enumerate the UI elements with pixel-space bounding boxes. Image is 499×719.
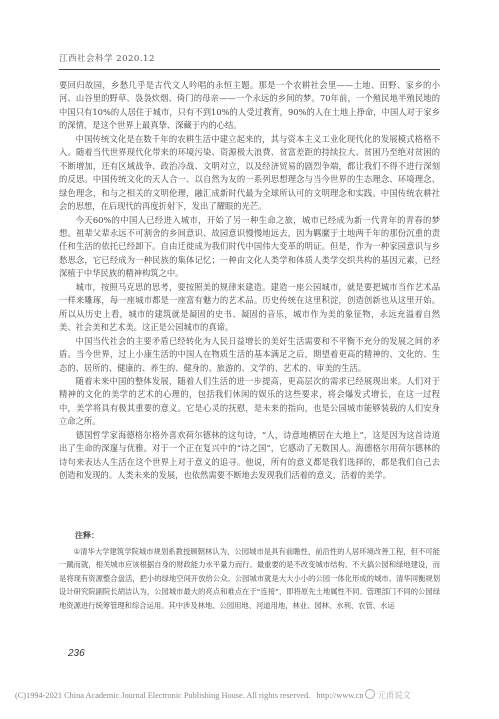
copyright-footer: (C)1994-2021 China Academic Journal Elec… [15,689,411,701]
paragraph: 城市，按照马克思的思考，要按照美的规律来建造。建造一座公园城市，就是要把城市当作… [59,281,440,335]
paragraph: 中国当代社会的主要矛盾已经转化为人民日益增长的美好生活需要和不平衡不充分的发展之… [59,335,440,375]
paragraph: 随着未来中国的整体发展，随着人们生活的进一步提高，更高层次的需求已经展现出来。人… [59,375,440,429]
notes-section: 注释： ①清华大学建筑学院城市规划系教授顾朝林认为，公园城市是具有前瞻性、前沿性… [59,529,440,612]
paragraph: 今天60%的中国人已经进入城市，开始了另一种生命之旅，城市已经成为新一代青年的青… [59,214,440,281]
running-head: 江西社会科学 2020.12 [59,52,155,64]
page-number: 236 [68,648,85,659]
notes-title: 注释： [59,529,440,543]
header-rule [59,69,440,70]
watermark-logo-icon [365,689,375,699]
copyright-text: (C)1994-2021 China Academic Journal Elec… [15,691,310,700]
paragraph: 要回归故园，乡愁几乎是古代文人吟唱的永恒主题。那是一个农耕社会里——土地、田野、… [59,79,440,133]
footer-url: http://www.cn [316,691,363,700]
article-body: 要回归故园，乡愁几乎是古代文人吟唱的永恒主题。那是一个农耕社会里——土地、田野、… [59,79,440,483]
paragraph: 德国哲学家海德格尔格外喜欢荷尔德林的这句诗，“人，诗意地栖居在大地上”，这是因为… [59,429,440,483]
paragraph: 中国传统文化是在数千年的农耕生活中建立起来的，其与资本主义工业化现代化的发展模式… [59,133,440,214]
note-item: ①清华大学建筑学院城市规划系教授顾朝林认为，公园城市是具有前瞻性、前沿性的人居环… [59,545,440,613]
watermark-text: 元甫说文 [378,691,411,700]
